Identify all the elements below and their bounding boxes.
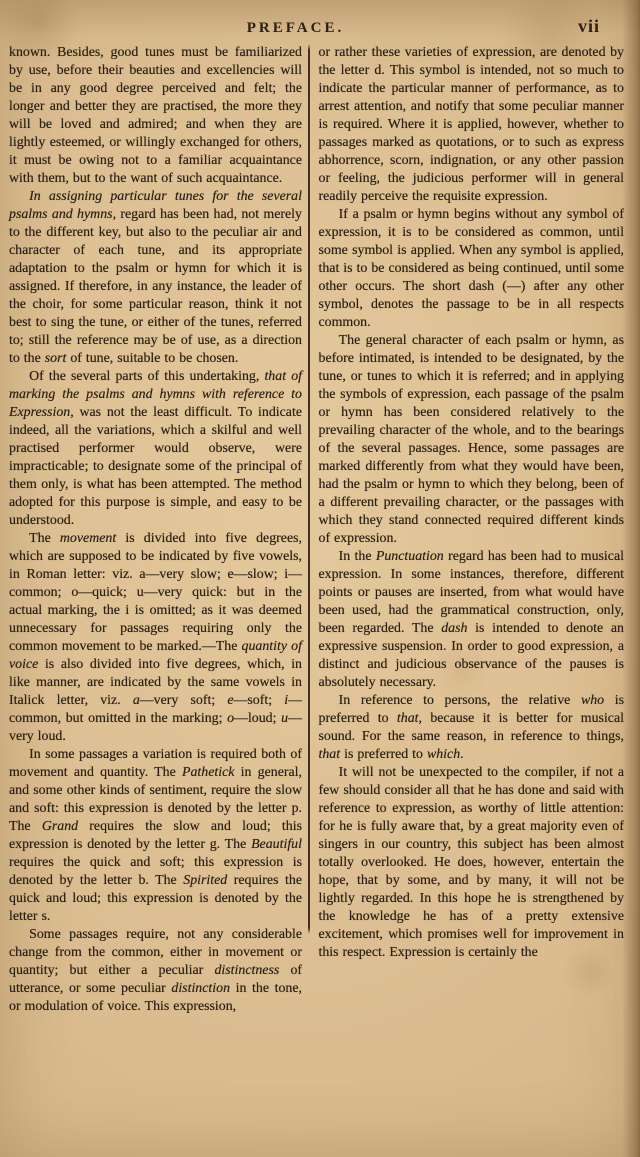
- italic-text-run: Punctuation: [376, 549, 444, 564]
- italic-text-run: Pathetick: [182, 765, 234, 780]
- paragraph: The general character of each psalm or h…: [319, 332, 625, 548]
- italic-text-run: that: [319, 747, 341, 762]
- text-run: , regard has been had, not merely to the…: [9, 207, 302, 366]
- page-title: PREFACE.: [9, 20, 582, 37]
- italic-text-run: o: [227, 711, 234, 726]
- italic-text-run: who: [581, 693, 604, 708]
- page-number: vii: [578, 16, 600, 37]
- running-head: PREFACE. vii: [9, 16, 626, 42]
- paragraph: If a psalm or hymn begins without any sy…: [319, 206, 625, 332]
- text-run: The general character of each psalm or h…: [319, 333, 625, 546]
- italic-text-run: distinctness: [214, 963, 279, 978]
- text-run: —very soft;: [140, 693, 228, 708]
- italic-text-run: Spirited: [183, 873, 227, 888]
- paragraph: Some passages require, not any considera…: [9, 926, 302, 1016]
- text-run: is preferred to: [340, 747, 427, 762]
- text-run: In the: [339, 549, 376, 564]
- text-run: The: [29, 531, 60, 546]
- italic-text-run: movement: [60, 531, 116, 546]
- paragraph: known. Besides, good tunes must be famil…: [9, 44, 302, 188]
- text-run: , was not the least difficult. To indica…: [9, 405, 302, 528]
- italic-text-run: which: [427, 747, 460, 762]
- italic-text-run: dash: [441, 621, 467, 636]
- text-run: is divided into five degrees, which are …: [9, 531, 302, 654]
- right-column: or rather these varieties of expression,…: [319, 44, 627, 1016]
- italic-text-run: Grand: [42, 819, 78, 834]
- italic-text-run: distinction: [171, 981, 230, 996]
- paragraph: or rather these varieties of expression,…: [319, 44, 625, 206]
- text-run: If a psalm or hymn begins without any sy…: [319, 207, 625, 330]
- paragraph: In some passages a variation is required…: [9, 746, 302, 926]
- text-run: —loud;: [234, 711, 281, 726]
- text-run: It will not be unexpected to the compile…: [319, 765, 625, 960]
- italic-text-run: a: [133, 693, 140, 708]
- paragraph: The movement is divided into five degree…: [9, 530, 302, 746]
- text-run: .: [460, 747, 463, 762]
- text-run: of tune, suitable to be chosen.: [66, 351, 238, 366]
- book-page: PREFACE. vii known. Besides, good tunes …: [0, 0, 640, 1157]
- italic-text-run: sort: [45, 351, 67, 366]
- column-divider-rule: [308, 44, 310, 1016]
- text-run: —soft;: [234, 693, 285, 708]
- italic-text-run: that: [397, 711, 419, 726]
- left-column: known. Besides, good tunes must be famil…: [9, 44, 302, 1016]
- italic-text-run: Beautiful: [251, 837, 302, 852]
- text-run: or rather these varieties of expression,…: [319, 45, 625, 204]
- paragraph: In reference to persons, the relative wh…: [319, 692, 625, 764]
- text-run: In reference to persons, the relative: [339, 693, 581, 708]
- paragraph: In assigning particular tunes for the se…: [9, 188, 302, 368]
- text-run: known. Besides, good tunes must be famil…: [9, 45, 302, 186]
- paragraph: It will not be unexpected to the compile…: [319, 764, 625, 962]
- text-run: Of the several parts of this undertaking…: [29, 369, 264, 384]
- paragraph: In the Punctuation regard has been had t…: [319, 548, 625, 692]
- text-columns: known. Besides, good tunes must be famil…: [9, 44, 626, 1016]
- paragraph: Of the several parts of this undertaking…: [9, 368, 302, 530]
